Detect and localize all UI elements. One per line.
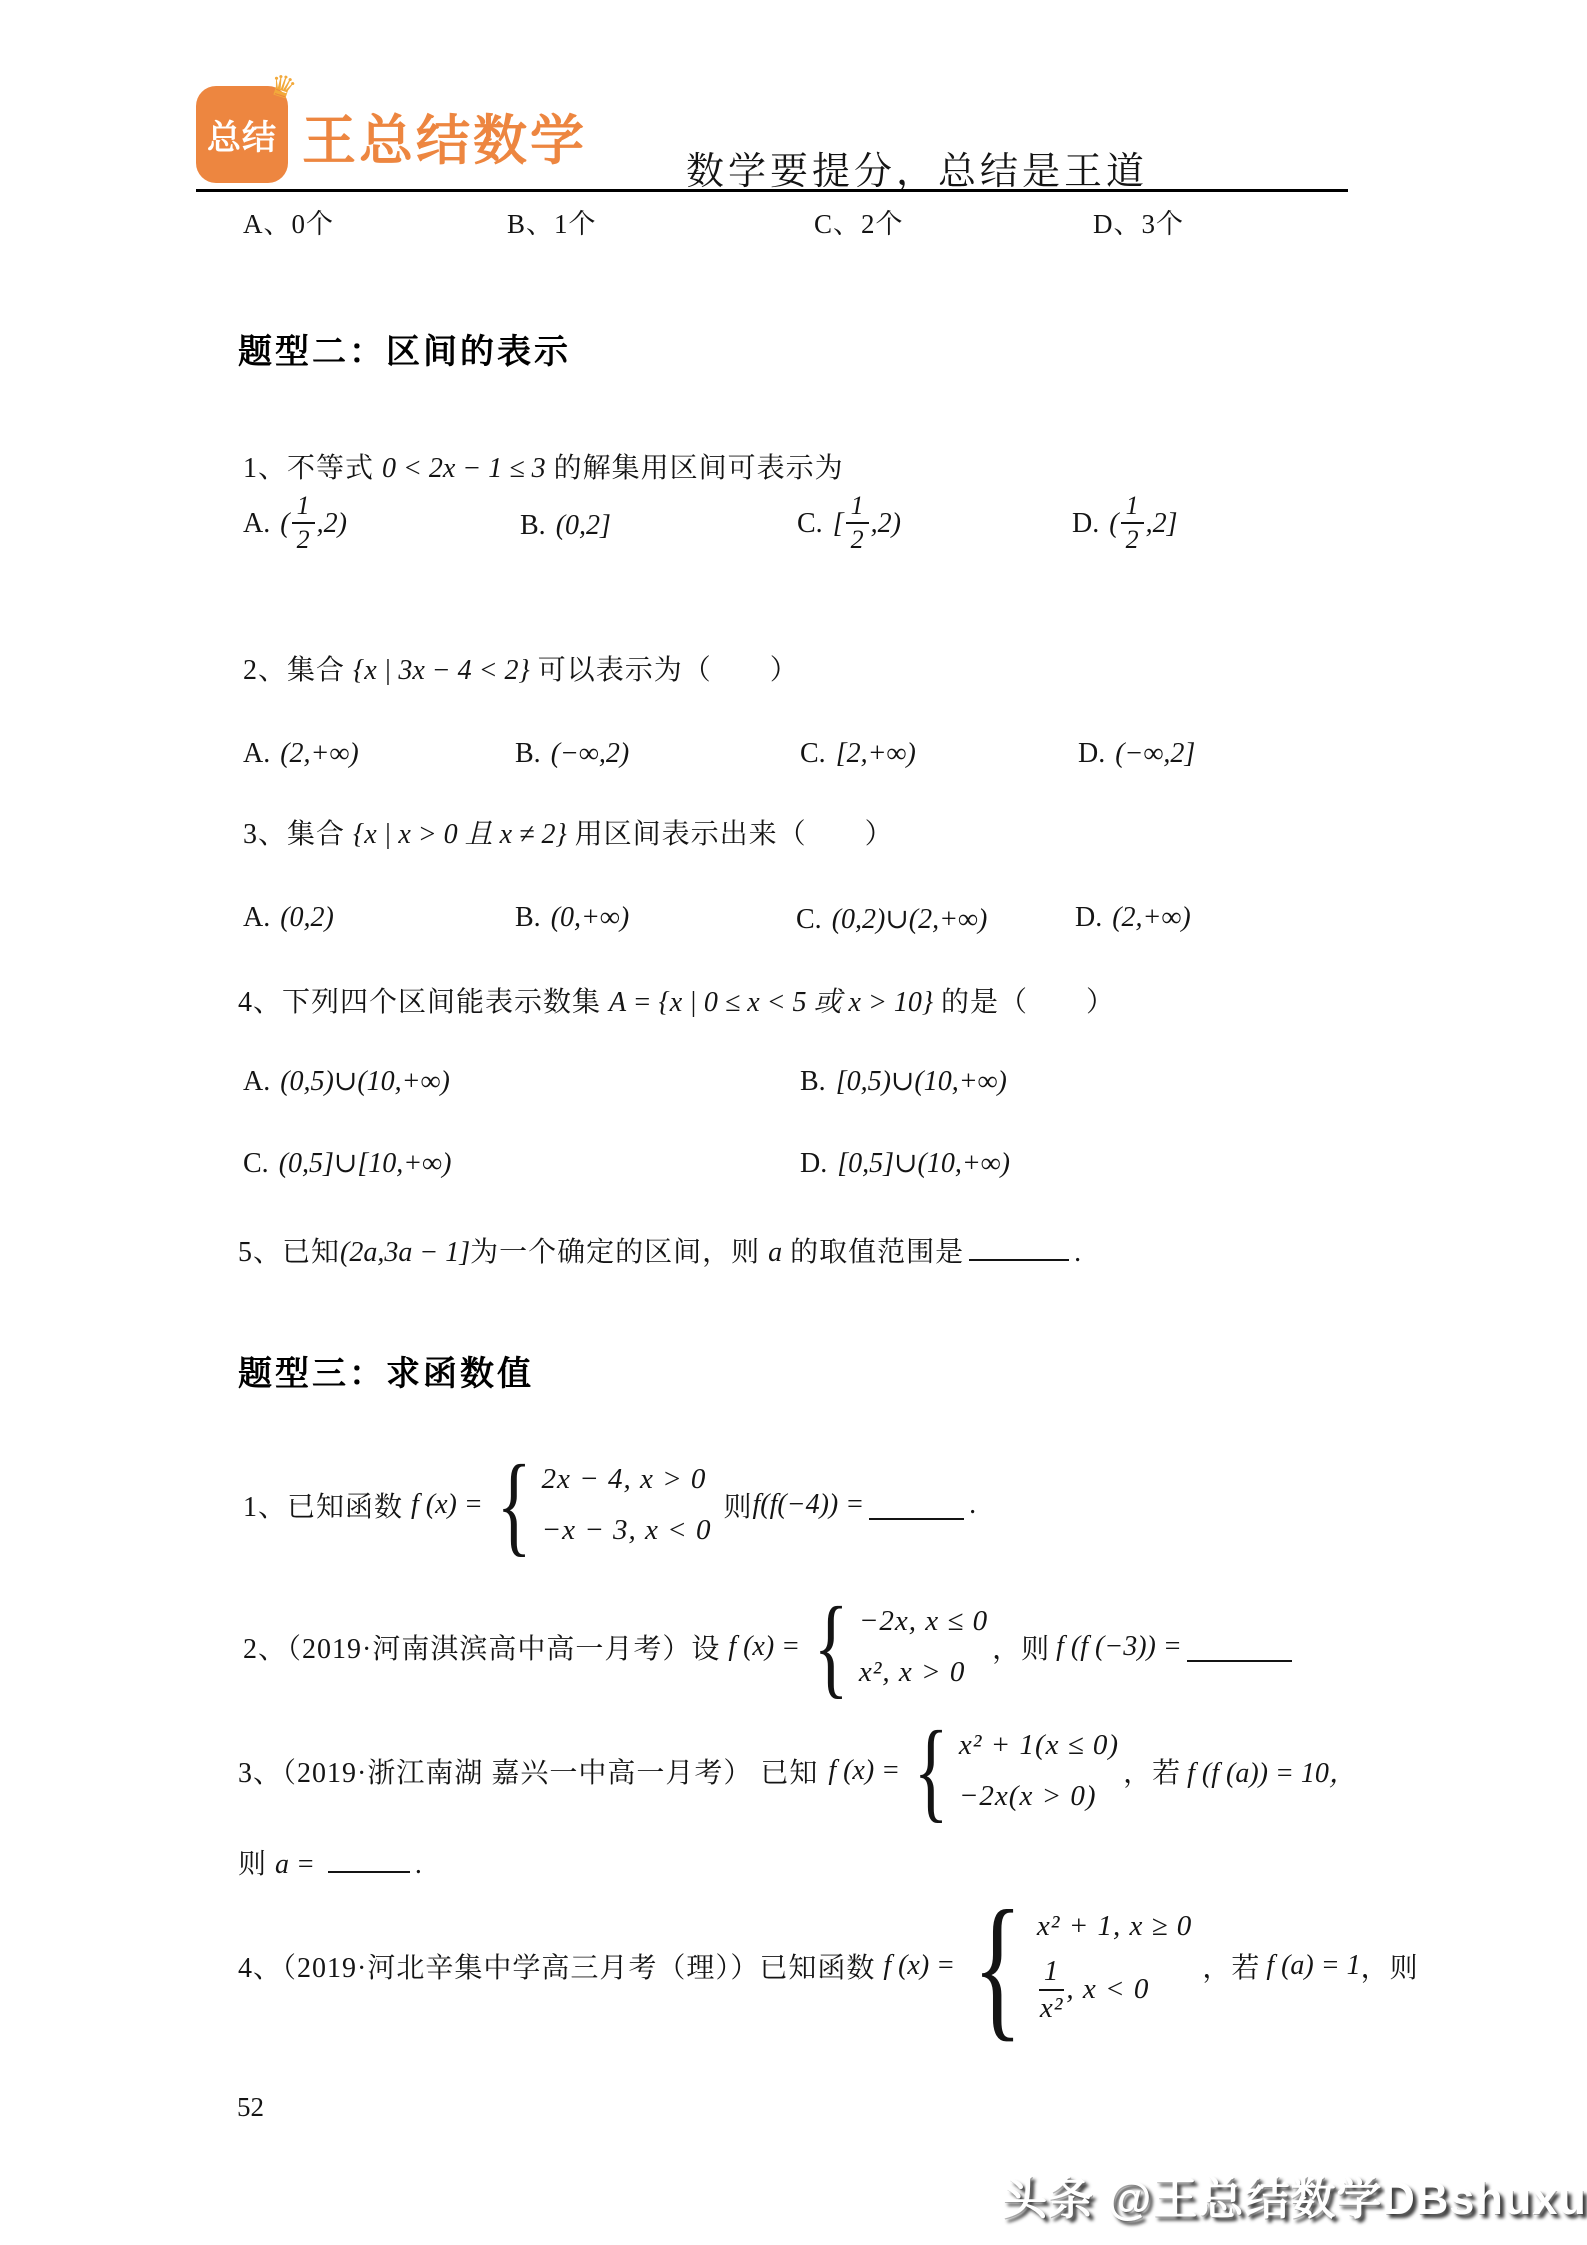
s2-q2-stem: 2、集合 {x | 3x − 4 < 2} 可以表示为（ ）	[243, 648, 799, 688]
carry-option-d: D、3个	[1093, 202, 1184, 241]
s2-q3-option-b: B.(0,+∞)	[515, 902, 629, 934]
curly-brace: {	[914, 1726, 950, 1816]
s2-q2-option-b: B.(−∞,2)	[515, 738, 629, 770]
answer-blank	[869, 1490, 964, 1519]
s2-q1-option-a: A.(12,2)	[243, 496, 347, 556]
s3-q1: 1、已知函数 f (x) = { 2x − 4, x > 0 −x − 3, x…	[243, 1446, 977, 1564]
s3-q2: 2、（2019·河南淇滨高中高一月考）设 f (x) = { −2x, x ≤ …	[243, 1588, 1297, 1706]
s2-q3-option-c: C.(0,2)∪(2,+∞)	[796, 902, 987, 936]
s2-q4-option-d: D.[0,5]∪(10,+∞)	[800, 1146, 1010, 1180]
fraction: 1x²	[1039, 1957, 1065, 2023]
answer-blank	[1187, 1632, 1292, 1661]
s2-q3-stem: 3、集合 {x | x > 0 且 x ≠ 2} 用区间表示出来（ ）	[243, 812, 894, 852]
s2-q3-option-a: A.(0,2)	[243, 902, 334, 934]
crown-icon: ♛	[264, 67, 300, 109]
s2-q3-option-d: D.(2,+∞)	[1075, 902, 1191, 934]
carry-option-b: B、1个	[507, 202, 597, 241]
s3-q3-line2: 则 a = .	[238, 1842, 423, 1882]
s2-q5-stem: 5、已知(2a,3a − 1]为一个确定的区间，则 a 的取值范围是.	[238, 1230, 1082, 1270]
s2-q2-option-c: C.[2,+∞)	[800, 738, 916, 770]
curly-brace: {	[973, 1901, 1024, 2031]
s2-q1-option-b: B.(0,2]	[520, 510, 611, 542]
s2-q2-option-a: A.(2,+∞)	[243, 738, 359, 770]
piecewise-function: { −2x, x ≤ 0 x², x > 0	[804, 1596, 988, 1698]
carry-option-a: A、0个	[243, 202, 334, 241]
carry-option-c: C、2个	[814, 202, 904, 241]
s2-q4-option-c: C.(0,5]∪[10,+∞)	[243, 1146, 451, 1180]
s2-q4-stem: 4、下列四个区间能表示数集 A = {x | 0 ≤ x < 5 或 x > 1…	[238, 980, 1115, 1020]
piecewise-function: { x² + 1(x ≤ 0) −2x(x > 0)	[904, 1720, 1119, 1822]
s2-q2-option-d: D.(−∞,2]	[1078, 738, 1195, 770]
fraction: 12	[1121, 493, 1144, 553]
s2-q1-stem: 1、不等式 0 < 2x − 1 ≤ 3 的解集用区间可表示为	[243, 446, 844, 486]
s2-q1-option-d: D.(12,2]	[1072, 496, 1177, 556]
curly-brace: {	[496, 1460, 532, 1550]
answer-blank	[969, 1232, 1069, 1261]
s2-q4-option-a: A.(0,5)∪(10,+∞)	[243, 1064, 450, 1098]
brand-logo-text: 总结	[207, 110, 277, 159]
fraction: 12	[292, 493, 315, 553]
section3-title: 题型三：求函数值	[238, 1346, 534, 1395]
brand-logo-icon: 总结 ♛	[196, 86, 288, 183]
worksheet-page: 总结 ♛ 王总结数学 数学要提分，总结是王道 A、0个 B、1个 C、2个 D、…	[0, 0, 1587, 2245]
s2-q4-option-b: B.[0,5)∪(10,+∞)	[800, 1064, 1007, 1098]
section2-title: 题型二：区间的表示	[238, 324, 571, 373]
s3-q4: 4、（2019·河北辛集中学高三月考（理））已知函数 f (x) = { x² …	[238, 1882, 1419, 2050]
piecewise-function: { 2x − 4, x > 0 −x − 3, x < 0	[487, 1454, 712, 1556]
curly-brace: {	[814, 1602, 850, 1692]
s3-q3: 3、（2019·浙江南湖 嘉兴一中高一月考） 已知 f (x) = { x² +…	[238, 1710, 1357, 1832]
s2-q1-option-c: C.[12,2)	[797, 496, 901, 556]
piecewise-function: { x² + 1, x ≥ 0 1x² , x < 0	[959, 1901, 1192, 2031]
page-number: 52	[237, 2092, 264, 2123]
answer-blank	[328, 1844, 410, 1873]
header-divider	[196, 189, 1348, 192]
brand-name: 王总结数学	[302, 98, 587, 175]
watermark: 头条 @王总结数学DBshuxue	[1002, 2162, 1587, 2227]
fraction: 12	[846, 493, 869, 553]
brand-tagline: 数学要提分，总结是王道	[686, 140, 1148, 195]
